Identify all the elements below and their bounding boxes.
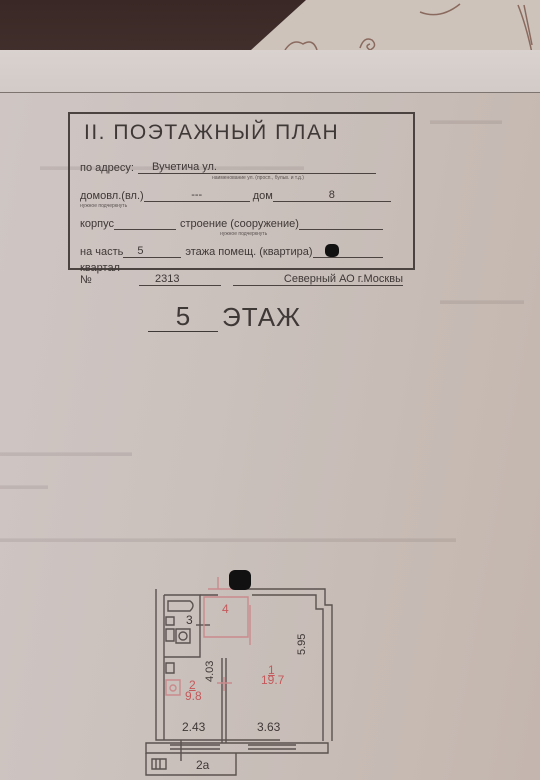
- dom-label: дом: [253, 190, 273, 202]
- chast-row: на часть 5 этажа помещ. (квартира): [80, 230, 403, 258]
- bleed-through-text: ▬▬▬▬▬▬▬▬▬▬▬▬▬▬▬▬▬▬▬▬▬▬▬▬▬▬▬▬▬▬▬▬▬▬▬▬▬▬: [0, 531, 456, 545]
- bleed-through-text: ▬▬▬▬▬▬▬▬▬▬▬: [0, 445, 132, 459]
- stroenie-value: [299, 216, 383, 230]
- address-value: Вучетича ул.: [138, 160, 376, 174]
- bleed-through-text: ▬▬▬▬: [0, 478, 48, 492]
- paper-underlayer: [0, 50, 540, 95]
- chast-value: 5: [123, 244, 181, 258]
- floor-room-label: этажа помещ. (квартира): [185, 246, 312, 258]
- korpus-row: корпус строение (сооружение) нужное подч…: [80, 202, 403, 230]
- apartment-value: [313, 244, 383, 258]
- kvartal-label: квартал №: [80, 262, 133, 286]
- redaction-mark: [325, 244, 339, 257]
- domovl-row: домовл.(вл.) --- дом 8 нужное подчеркнут…: [80, 174, 403, 202]
- dimension-4-03: 4.03: [204, 661, 216, 682]
- kvartal-value: 2313: [139, 272, 221, 286]
- room-3-label: 3: [186, 613, 193, 627]
- dom-value: 8: [273, 188, 391, 202]
- floor-number: 5: [148, 301, 218, 332]
- bleed-through-text: ▬▬▬▬▬▬: [430, 113, 502, 127]
- section-title: II. ПОЭТАЖНЫЙ ПЛАН: [80, 120, 403, 146]
- room-2a-label: 2а: [196, 758, 209, 772]
- korpus-label: корпус: [80, 218, 114, 230]
- bleed-through-text: ▬▬▬▬▬▬▬: [440, 293, 524, 307]
- floor-plan-header-form: II. ПОЭТАЖНЫЙ ПЛАН по адресу: Вучетича у…: [68, 112, 415, 270]
- room-4-label: 4: [222, 602, 229, 616]
- dimension-2-43: 2.43: [182, 720, 205, 734]
- kvartal-row: квартал № 2313 Северный АО г.Москвы: [80, 258, 403, 286]
- chast-label: на часть: [80, 246, 123, 258]
- domovl-value: ---: [144, 188, 250, 202]
- redaction-mark: [229, 570, 251, 590]
- room-1-area: 19.7: [261, 673, 284, 687]
- address-label: по адресу:: [80, 162, 134, 174]
- dimension-3-63: 3.63: [257, 720, 280, 734]
- room-2-area: 9.8: [185, 689, 202, 703]
- address-row: по адресу: Вучетича ул. наименование ул.…: [80, 146, 403, 174]
- floor-plan-drawing: 3 4 1 19.7 2 9.8 5.95 4.03 2.43 3.63 2а: [140, 565, 340, 780]
- domovl-label: домовл.(вл.): [80, 190, 144, 202]
- dimension-5-95: 5.95: [296, 634, 308, 655]
- district-value: Северный АО г.Москвы: [233, 272, 403, 286]
- floor-heading: 5 ЭТАЖ: [148, 292, 301, 332]
- floor-plan-walls: [140, 565, 340, 780]
- korpus-value: [114, 216, 176, 230]
- stroenie-label: строение (сооружение): [180, 218, 299, 230]
- floor-label: ЭТАЖ: [222, 302, 301, 332]
